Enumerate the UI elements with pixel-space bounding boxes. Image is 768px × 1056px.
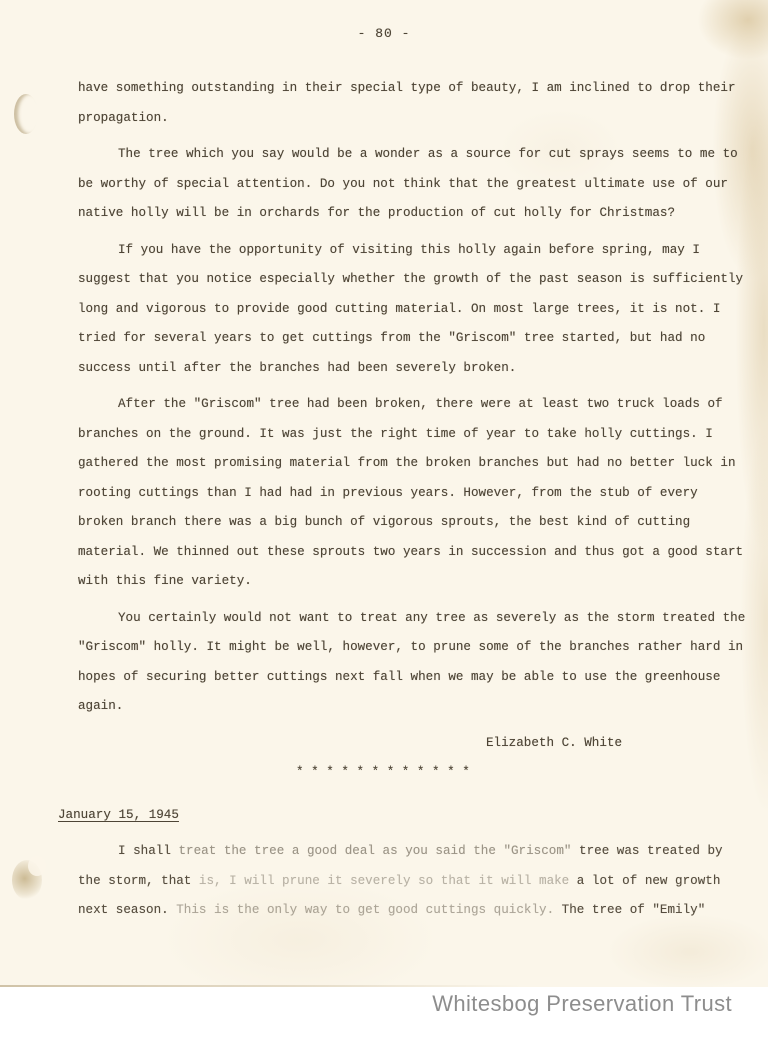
archive-watermark: Whitesbog Preservation Trust bbox=[432, 991, 732, 1017]
date-heading: January 15, 1945 bbox=[58, 801, 746, 831]
scanned-letter-page: - 80 - have something outstanding in the… bbox=[0, 0, 768, 1056]
hole-punch-mark-top bbox=[14, 94, 38, 134]
letter-paragraph: I shall treat the tree a good deal as yo… bbox=[78, 837, 746, 926]
letter-paragraph: After the "Griscom" tree had been broken… bbox=[78, 390, 746, 597]
paper-sheet: - 80 - have something outstanding in the… bbox=[0, 0, 768, 987]
letter-paragraph: If you have the opportunity of visiting … bbox=[78, 236, 746, 384]
asterisk-separator: * * * * * * * * * * * * bbox=[296, 758, 746, 788]
paper-bottom-edge bbox=[0, 985, 768, 987]
page-number: - 80 - bbox=[0, 26, 768, 41]
paragraph-segment: This is the only way to get good cutting… bbox=[176, 903, 554, 917]
paragraph-segment: The tree which you say would be a wonder… bbox=[78, 147, 738, 220]
letter-paragraph: have something outstanding in their spec… bbox=[78, 74, 746, 133]
paragraph-segment: After the "Griscom" tree had been broken… bbox=[78, 397, 743, 588]
paragraph-segment: If you have the opportunity of visiting … bbox=[78, 243, 743, 375]
letter-paragraph: You certainly would not want to treat an… bbox=[78, 604, 746, 722]
paragraph-segment: You certainly would not want to treat an… bbox=[78, 611, 745, 714]
paragraph-segment: The tree of "Emily" bbox=[554, 903, 705, 917]
letter-paragraph: The tree which you say would be a wonder… bbox=[78, 140, 746, 229]
next-entry-paragraphs: I shall treat the tree a good deal as yo… bbox=[78, 837, 746, 926]
letter-body: have something outstanding in their spec… bbox=[78, 74, 746, 933]
paragraph-segment: is, I will prune it severely so that it … bbox=[199, 874, 577, 888]
hole-punch-mark-bottom bbox=[12, 860, 42, 900]
paragraph-segment: I shall bbox=[118, 844, 178, 858]
paragraph-segment: treat the tree a good deal as you said t… bbox=[178, 844, 579, 858]
letter-excerpt-paragraphs: have something outstanding in their spec… bbox=[78, 74, 746, 722]
signature: Elizabeth C. White bbox=[486, 729, 746, 759]
paragraph-segment: have something outstanding in their spec… bbox=[78, 81, 736, 125]
